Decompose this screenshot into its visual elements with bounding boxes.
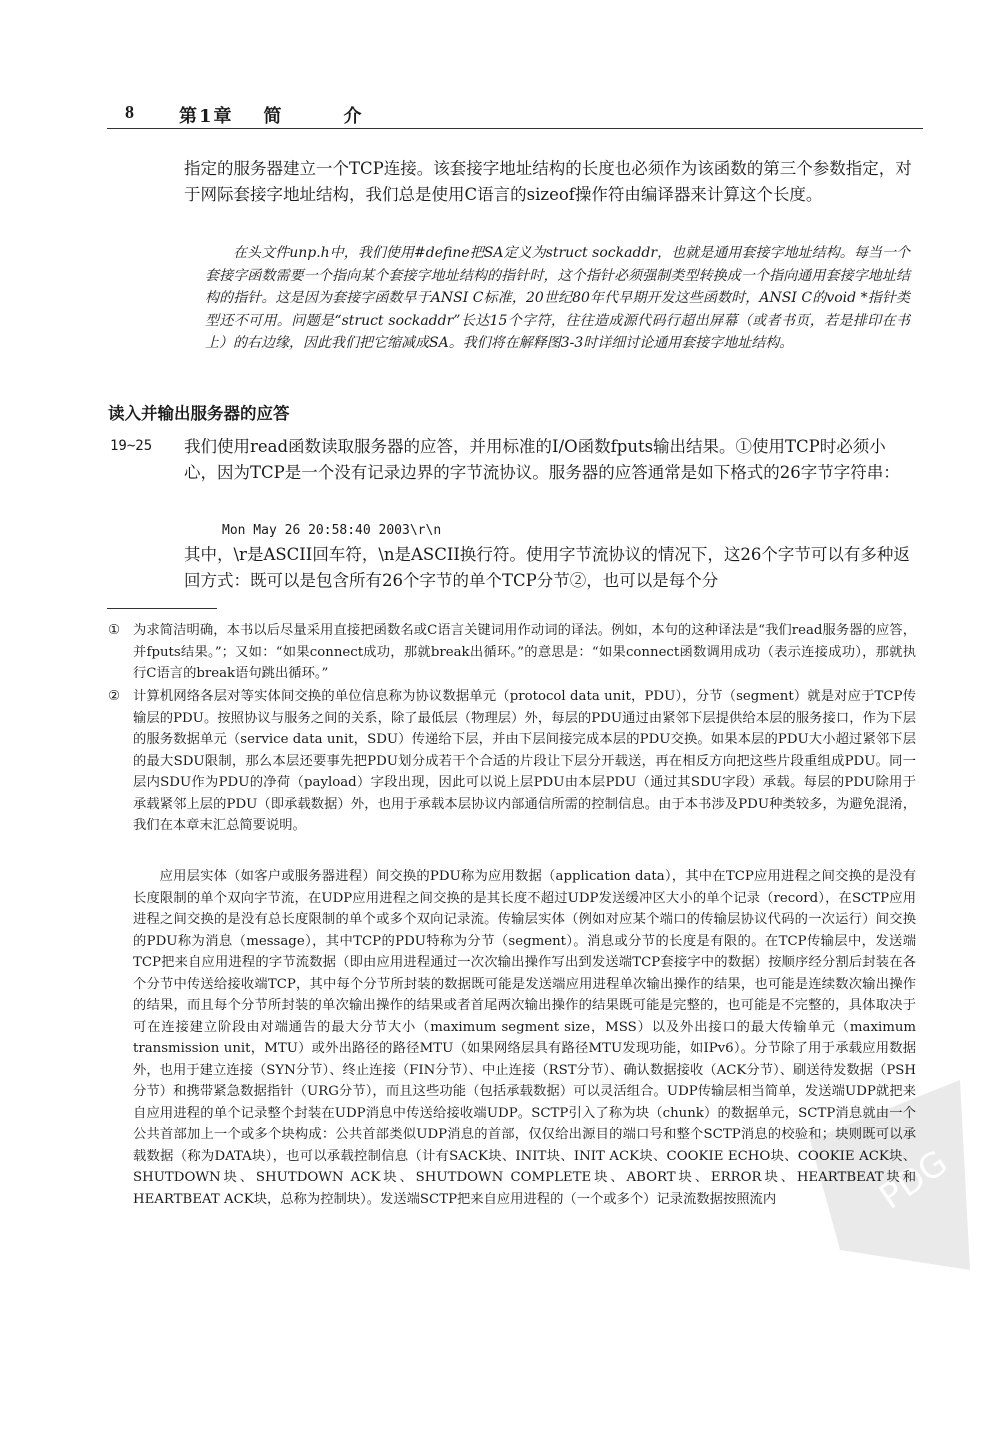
header-rule — [107, 128, 923, 129]
section-title: 读入并输出服务器的应答 — [108, 400, 290, 424]
footnote-2-mark: ② — [108, 686, 120, 708]
code-line-range: 19~25 — [110, 438, 152, 454]
page-header: 8 第1章简介 — [107, 100, 923, 130]
code-sample-daytime: Mon May 26 20:58:40 2003\r\n — [222, 523, 441, 538]
paragraph-byte-stream: 其中，\r是ASCII回车符，\n是ASCII换行符。使用字节流协议的情况下，这… — [184, 542, 912, 594]
footnote-1: ① 为求简洁明确，本书以后尽量采用直接把函数名或C语言关键词用作动词的译法。例如… — [108, 620, 916, 685]
paragraph-sockaddr-length: 指定的服务器建立一个TCP连接。该套接字地址结构的长度也必须作为该函数的第三个参… — [184, 156, 912, 208]
footnote-2-text: 计算机网络各层对等实体间交换的单位信息称为协议数据单元（protocol dat… — [133, 686, 916, 837]
footnote-1-mark: ① — [108, 620, 120, 642]
chapter-heading: 第1章简介 — [179, 102, 364, 128]
page-number: 8 — [125, 102, 134, 123]
chapter-title-part-1: 简 — [264, 106, 284, 127]
chapter-title-part-2: 介 — [344, 106, 364, 127]
chapter-label: 第1章 — [179, 106, 234, 127]
pdg-watermark: PDG — [800, 1080, 970, 1270]
footnote-separator — [107, 608, 217, 609]
footnote-2-continuation: 应用层实体（如客户或服务器进程）间交换的PDU称为应用数据（applicatio… — [133, 866, 916, 1210]
footnote-1-text: 为求简洁明确，本书以后尽量采用直接把函数名或C语言关键词用作动词的译法。例如，本… — [133, 620, 916, 685]
note-sa-define: 在头文件unp.h中，我们使用#define把SA定义为struct socka… — [205, 242, 910, 355]
watermark-shape-icon: PDG — [800, 1080, 970, 1270]
footnote-2: ② 计算机网络各层对等实体间交换的单位信息称为协议数据单元（protocol d… — [108, 686, 916, 837]
paragraph-read-response: 我们使用read函数读取服务器的应答，并用标准的I/O函数fputs输出结果。①… — [184, 434, 912, 486]
